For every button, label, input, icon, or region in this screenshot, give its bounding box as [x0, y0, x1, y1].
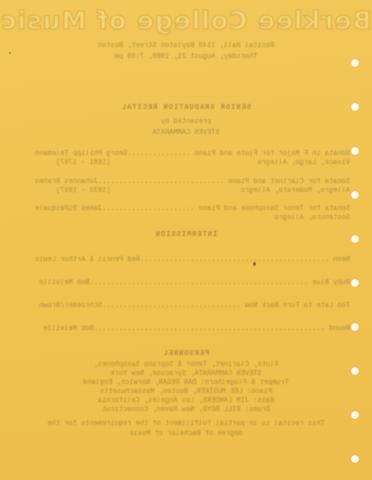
- footer-line: This recital is in partial fulfillment o…: [0, 420, 372, 429]
- personnel-line: Flute, Clarinet, Tenor & Soprano Saxopho…: [0, 361, 372, 370]
- composer-dates: [22, 214, 56, 223]
- date-line: Thursday, August 21, 1980, 7:00 pm: [0, 53, 372, 62]
- program-piece-subline: Allegro, Moderato, Allegro (1833 - 1897): [22, 187, 350, 196]
- scanned-program-page: Berklee College of Music Recital Hall, 1…: [0, 0, 372, 480]
- composer-dates: (1833 - 1897): [22, 187, 111, 196]
- punch-hole: [351, 103, 359, 111]
- song-line: Ruby Blue ..............................…: [22, 279, 350, 288]
- personnel-line: Piano: LEE MUSIKER, Boston, Massachusett…: [0, 388, 372, 397]
- mirrored-bleedthrough-content: Berklee College of Music Recital Hall, 1…: [0, 0, 372, 480]
- punch-hole: [351, 191, 359, 199]
- berklee-logo-text: Berklee College of Music: [0, 6, 372, 35]
- punch-hole: [351, 455, 359, 463]
- personnel-heading: PERSONNEL: [0, 350, 372, 359]
- movements: Allegro, Moderato, Allegro: [241, 187, 350, 196]
- punch-hole: [351, 367, 359, 375]
- program-piece-subline: Vivace, Largo, Allegro (1681 - 1767): [22, 159, 350, 168]
- punch-hole: [351, 147, 359, 155]
- program-piece-title: Sonata in F Major for Flute and Piano ..…: [22, 150, 350, 159]
- song-line: Round ..................................…: [22, 325, 350, 334]
- recital-title: SENIOR GRADUATION RECITAL: [0, 104, 372, 113]
- program-piece-subline: Sostenuto, Allegro: [22, 214, 350, 223]
- song-line: Neon ...................................…: [22, 256, 350, 265]
- personnel-line: STEVEN CAMMARATA, Syracuse, New York: [0, 370, 372, 379]
- movements: Sostenuto, Allegro: [274, 214, 350, 223]
- personnel-line: Bass: JIM LANDERS, Los Angeles, Californ…: [0, 397, 372, 406]
- song-line: Too Late to Turn Back Now ..............…: [22, 302, 350, 311]
- composer-dates: (1681 - 1767): [22, 159, 111, 168]
- personnel-line: Trumpet & Flugelhorn: DAN REGAN, Norwich…: [0, 379, 372, 388]
- personnel-line: Drums: BILL BOYD, New Haven, Connecticut: [0, 406, 372, 415]
- program-piece-title: Sonata for Tenor Saxophone and Piano ...…: [22, 205, 350, 214]
- punch-hole: [351, 59, 359, 67]
- punch-hole: [351, 323, 359, 331]
- punch-hole: [351, 235, 359, 243]
- scan-speck: [9, 52, 11, 54]
- performer-name: STEVEN CAMMARATA: [0, 129, 372, 138]
- program-piece-title: Sonata for Clarinet and Piano ..........…: [22, 178, 350, 187]
- punch-hole: [351, 411, 359, 419]
- footer-line: degree of Bachelor of Music: [0, 430, 372, 439]
- scan-speck: [253, 262, 256, 266]
- intermission-label: INTERMISSION: [0, 231, 372, 240]
- presented-by-label: presented by: [0, 118, 372, 127]
- movements: Vivace, Largo, Allegro: [258, 159, 350, 168]
- venue-line: Recital Hall, 1140 Boylston Street, Bost…: [0, 42, 372, 51]
- punch-hole: [351, 279, 359, 287]
